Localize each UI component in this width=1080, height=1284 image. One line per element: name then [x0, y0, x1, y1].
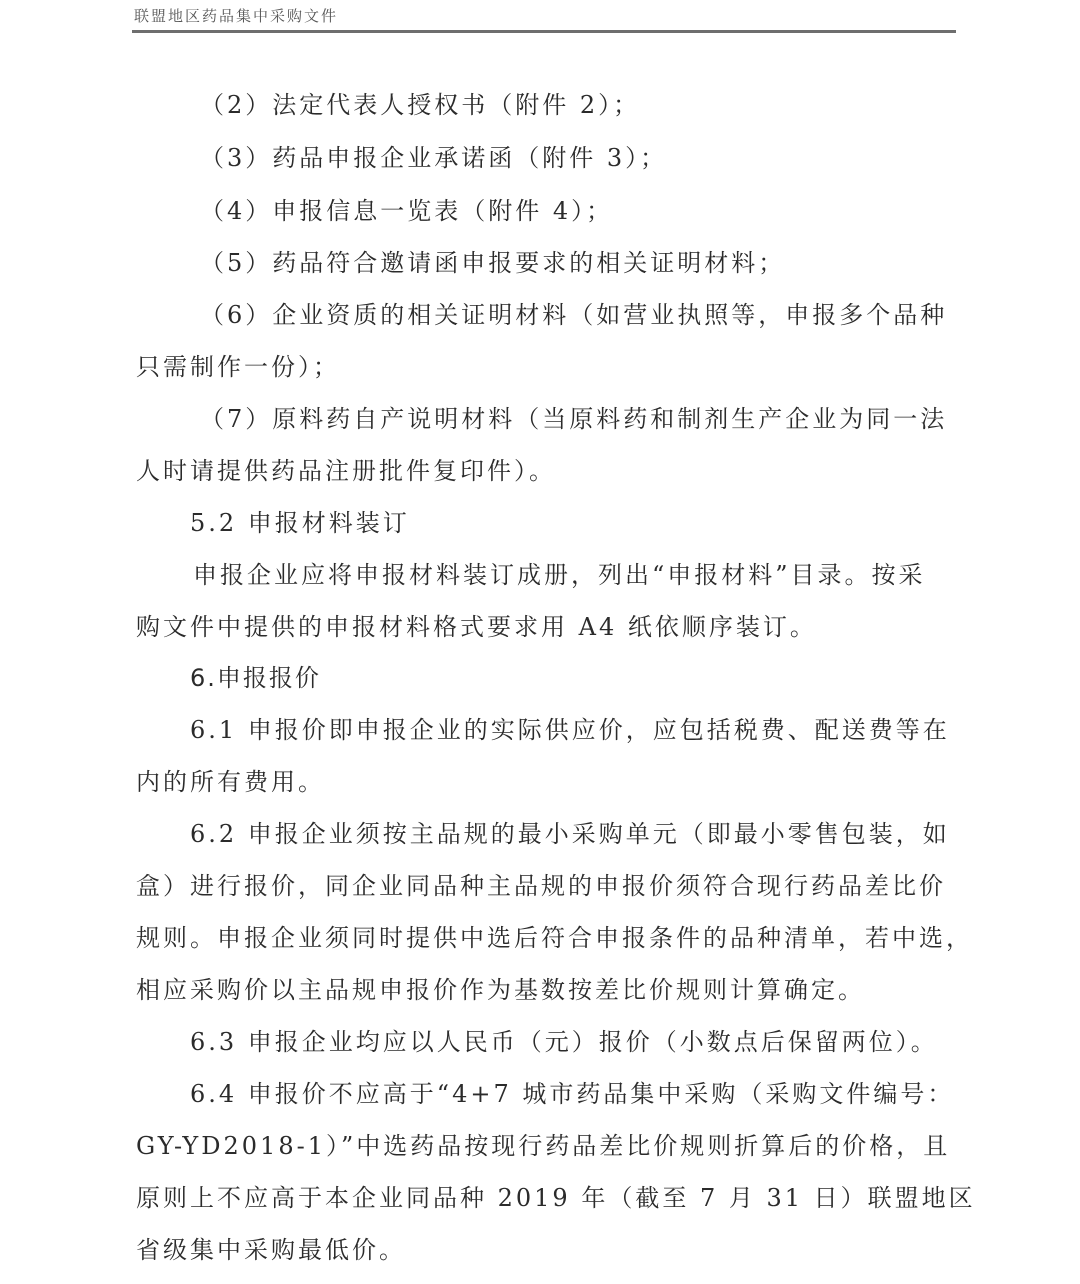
list-item-5: （5）药品符合邀请函申报要求的相关证明材料； — [200, 248, 785, 278]
section-6-4-line-3: 原则上不应高于本企业同品种 2019 年（截至 7 月 31 日）联盟地区 — [136, 1183, 976, 1213]
section-6-1-line-2: 内的所有费用。 — [136, 767, 325, 797]
section-6-2-line-4: 相应采购价以主品规申报价作为基数按差比价规则计算确定。 — [136, 975, 865, 1005]
section-6-1-line-1: 6.1 申报价即申报企业的实际供应价，应包括税费、配送费等在 — [190, 715, 950, 745]
header-divider — [132, 30, 956, 33]
list-item-7-line-2: 人时请提供药品注册批件复印件）。 — [136, 456, 556, 486]
document-header-title: 联盟地区药品集中采购文件 — [134, 5, 338, 26]
section-6-2-line-3: 规则。申报企业须同时提供中选后符合申报条件的品种清单，若中选， — [136, 923, 973, 953]
section-6-2-line-1: 6.2 申报企业须按主品规的最小采购单元（即最小零售包装，如 — [190, 819, 950, 849]
section-6-2-line-2: 盒）进行报价，同企业同品种主品规的申报价须符合现行药品差比价 — [136, 871, 946, 901]
section-5-2-paragraph-line-1: 申报企业应将申报材料装订成册，列出“申报材料”目录。按采 — [193, 560, 926, 590]
section-6-4-line-1: 6.4 申报价不应高于“4+7 城市药品集中采购（采购文件编号： — [190, 1079, 954, 1109]
list-item-7-line-1: （7）原料药自产说明材料（当原料药和制剂生产企业为同一法 — [200, 404, 947, 434]
section-6-4-line-4: 省级集中采购最低价。 — [136, 1235, 406, 1265]
list-item-4: （4）申报信息一览表（附件 4）； — [200, 196, 613, 226]
section-5-2-paragraph-line-2: 购文件中提供的申报材料格式要求用 A4 纸依顺序装订。 — [136, 612, 817, 642]
section-6-3-line-1: 6.3 申报企业均应以人民币（元）报价（小数点后保留两位）。 — [190, 1027, 938, 1057]
list-item-6-line-2: 只需制作一份）； — [136, 352, 340, 382]
list-item-2: （2）法定代表人授权书（附件 2）； — [200, 90, 640, 120]
section-6-4-line-2: GY-YD2018-1）”中选药品按现行药品差比价规则折算后的价格，且 — [136, 1131, 950, 1161]
list-item-6-line-1: （6）企业资质的相关证明材料（如营业执照等，申报多个品种 — [200, 300, 947, 330]
list-item-3: （3）药品申报企业承诺函（附件 3）； — [200, 143, 667, 173]
section-6-heading: 6.申报报价 — [190, 663, 321, 693]
section-5-2-heading: 5.2 申报材料装订 — [190, 508, 410, 538]
